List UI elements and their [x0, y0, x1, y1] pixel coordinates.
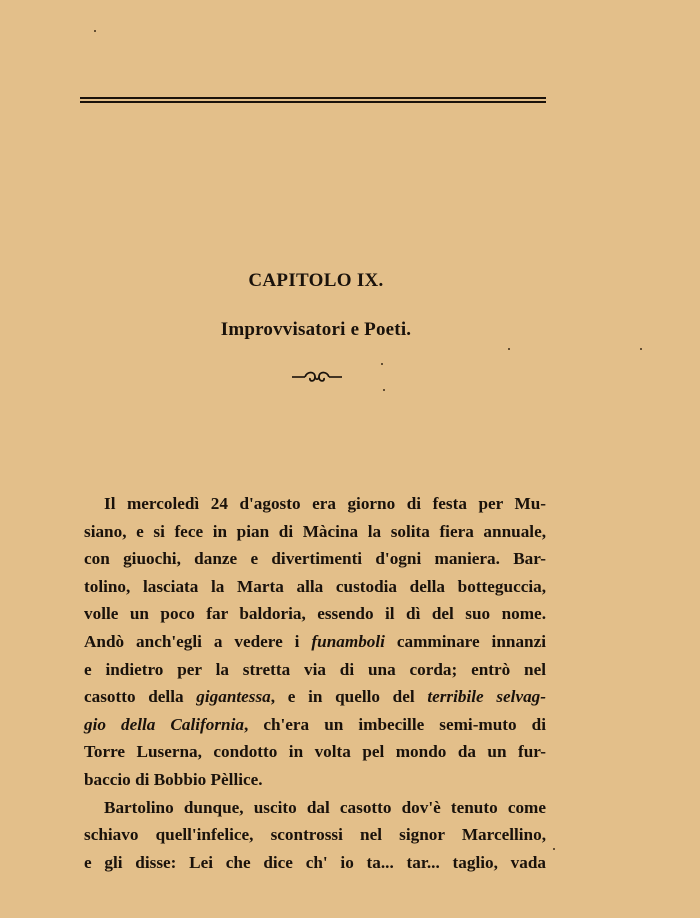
- text-line: con giuochi, danze e divertimenti d'ogni…: [84, 545, 546, 573]
- italic-term: gio della California: [84, 715, 244, 734]
- text-line: schiavo quell'infelice, scontrossi nel s…: [84, 821, 546, 849]
- italic-term: gigantessa: [196, 687, 271, 706]
- paper-speck: [381, 363, 383, 365]
- text-line: volle un poco far baldoria, essendo il d…: [84, 600, 546, 628]
- chapter-title: Improvvisatori e Poeti.: [0, 319, 632, 341]
- text-line: e gli disse: Lei che dice ch' io ta... t…: [84, 849, 546, 877]
- paper-speck: [553, 848, 555, 850]
- header-rule-top: [80, 97, 546, 99]
- text-line: Torre Luserna, condotto in volta pel mon…: [84, 738, 546, 766]
- italic-term: terribile selvag-: [427, 687, 546, 706]
- text-line: gio della California, ch'era un imbecill…: [84, 711, 546, 739]
- text-line: Il mercoledì 24 d'agosto era giorno di f…: [84, 490, 546, 518]
- text-line: Andò anch'egli a vedere i funamboli camm…: [84, 628, 546, 656]
- paper-speck: [94, 30, 96, 32]
- chapter-number: CAPITOLO IX.: [0, 270, 632, 292]
- text-line: tolino, lasciata la Marta alla custodia …: [84, 573, 546, 601]
- text-line: Bartolino dunque, uscito dal casotto dov…: [84, 794, 546, 822]
- body-text: Il mercoledì 24 d'agosto era giorno di f…: [84, 490, 546, 876]
- italic-term: funamboli: [311, 632, 385, 651]
- paper-speck: [640, 348, 642, 350]
- text-line: siano, e si fece in pian di Màcina la so…: [84, 518, 546, 546]
- paper-speck: [383, 389, 385, 391]
- text-line: e indietro per la stretta via di una cor…: [84, 656, 546, 684]
- text-line: casotto della gigantessa, e in quello de…: [84, 683, 546, 711]
- text-line: baccio di Bobbio Pèllice.: [84, 766, 546, 794]
- header-rule-bottom: [80, 101, 546, 103]
- ornament-flourish-icon: [291, 369, 343, 385]
- paper-speck: [508, 348, 510, 350]
